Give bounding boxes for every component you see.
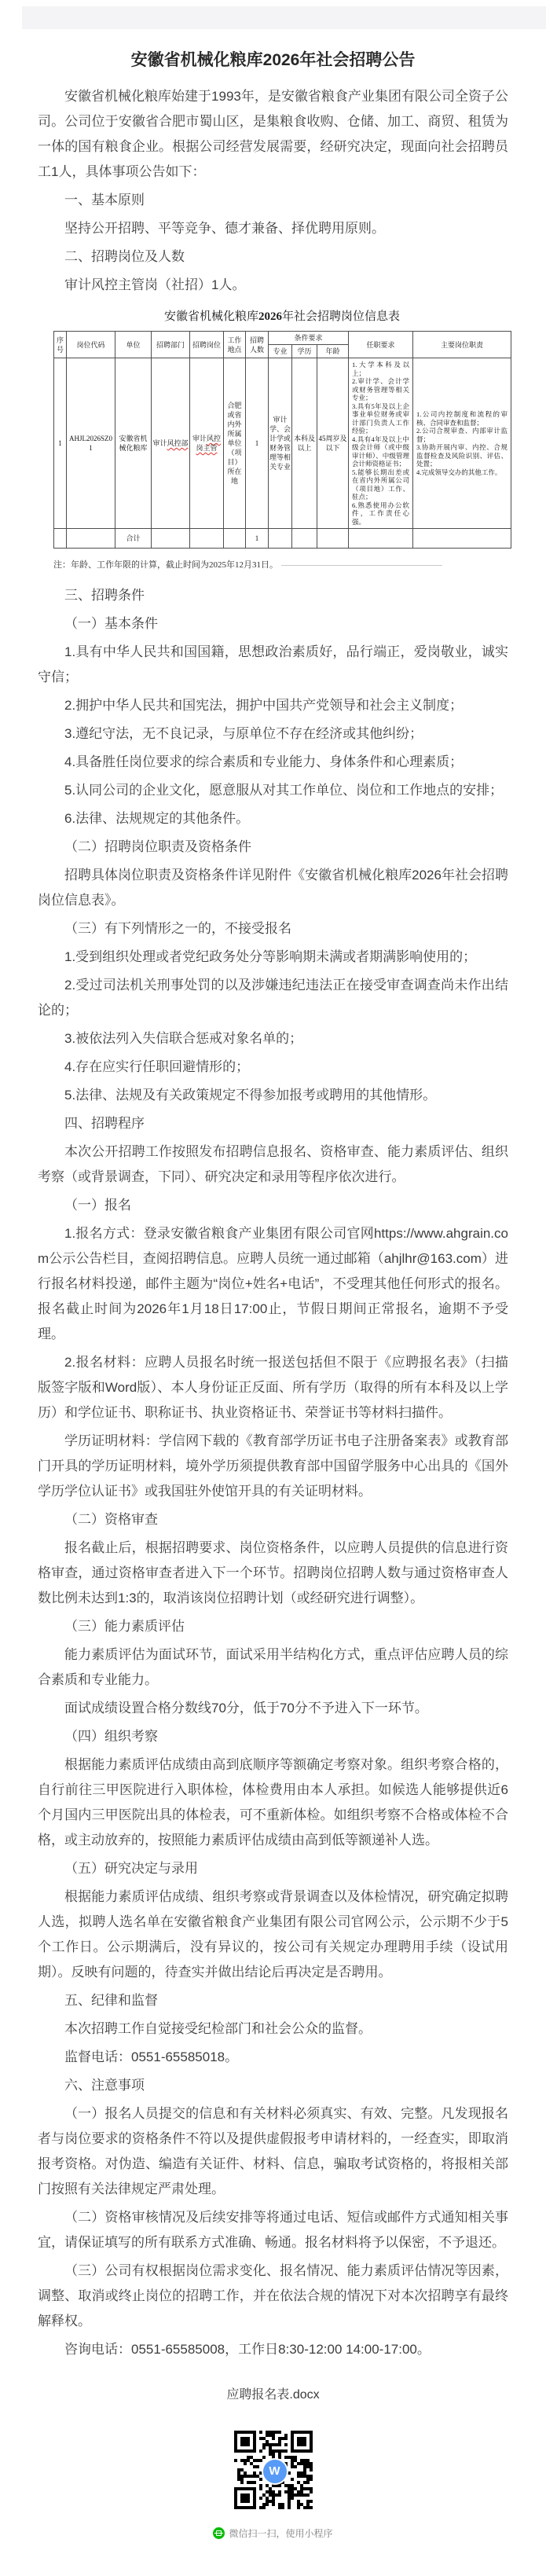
doc-paragraph: （四）组织考察 [38,1724,508,1749]
cell-location: 合肥或省内外所属单位（项目）所在地 [224,358,246,529]
doc-paragraph: 1.具有中华人民共和国国籍，思想政治素质好，品行端正，爱岗敬业，诚实守信； [38,640,508,690]
total-empty-age [317,529,349,549]
doc-paragraph: （三）有下列情形之一的，不接受报名 [38,916,508,941]
doc-paragraph: （三）能力素质评估 [38,1614,508,1639]
header-age: 年龄 [317,345,349,358]
total-empty-qualifications [349,529,413,549]
cell-dept: 审计风控部 [152,358,190,529]
doc-paragraph: 能力素质评估为面试环节，面试采用半结构化方式，重点评估应聘人员的综合素质和专业能… [38,1642,508,1693]
doc-paragraph: 六、注意事项 [38,2073,508,2098]
doc-paragraph: （五）研究决定与录用 [38,1856,508,1881]
header-post: 招聘岗位 [190,332,224,358]
table-title-suffix: 年社会招聘岗位信息表 [282,310,400,323]
table-title-year: 2026 [258,310,282,323]
doc-paragraph: 2.拥护中华人民共和国宪法，拥护中国共产党领导和社会主义制度； [38,693,508,718]
qr-caption-text: 微信扫一扫，使用小程序 [229,2526,332,2540]
doc-paragraph: 五、纪律和监督 [38,1988,508,2013]
doc-paragraph: （三）公司有权根据岗位需求变化、报名情况、能力素质评估情况等因素，调整、取消或终… [38,2259,508,2334]
doc-paragraph: 一、基本原则 [38,188,508,213]
total-empty-post [190,529,224,549]
table-note-text: 注：年龄、工作年限的计算，截止时间为2025年12月31日。 [53,560,278,570]
qr-caption: 微信扫一扫，使用小程序 [0,2526,546,2540]
cell-age: 45周岁及以下 [317,358,349,529]
doc-paragraph: 2.报名材料：应聘人员报名时统一报送包括但不限于《应聘报名表》（扫描版签字版和W… [38,1350,508,1426]
total-label: 合计 [115,529,152,549]
total-empty-location [224,529,246,549]
doc-paragraph: （一）报名人员提交的信息和有关材料必须真实、有效、完整。凡发现报名者与岗位要求的… [38,2101,508,2202]
mini-program-qr-code[interactable]: W [233,2420,314,2520]
cell-post-prefix: 审计 [192,435,207,442]
doc-paragraph: 安徽省机械化粮库始建于1993年，是安徽省粮食产业集团有限公司全资子公司。公司位… [38,84,508,185]
doc-paragraph: （二）资格审核情况及后续安排等将通过电话、短信或邮件方式通知相关事宜，请保证填写… [38,2205,508,2255]
doc-paragraph: 面试成绩设置合格分数线70分，低于70分不予进入下一环节。 [38,1696,508,1721]
doc-paragraph: 本次公开招聘工作按照发布招聘信息报名、资格审查、能力素质评估、组织考察（或背景调… [38,1139,508,1190]
total-empty-seq [54,529,67,549]
cell-code: AHJL2026SZ01 [67,358,115,529]
cell-duties: 1.公司内控制度和流程的审核、合同审查和监督； 2.公司合规审查、内部审计监督；… [413,358,511,529]
header-requirements-group: 条件要求 [269,332,349,345]
doc-paragraph: 坚持公开招聘、平等竞争、德才兼备、择优聘用原则。 [38,216,508,241]
table-header-row-1: 序号 岗位代码 单位 招聘部门 招聘岗位 工作地点 招聘人数 条件要求 任职要求… [54,332,511,345]
cell-major: 审计学、会计学或财务管理等相关专业 [269,358,292,529]
doc-paragraph: 3.被依法列入失信联合惩戒对象名单的； [38,1026,508,1051]
cell-dept-marked: 风控部 [167,439,189,447]
header-seq: 序号 [54,332,67,358]
doc-paragraph: 报名截止后，根据招聘要求、岗位资格条件，以应聘人员提供的信息进行资格审查，通过资… [38,1536,508,1611]
doc-paragraph: 二、招聘岗位及人数 [38,244,508,270]
doc-paragraph: （二）招聘岗位职责及资格条件 [38,835,508,860]
note-underline-artifact [281,564,442,566]
doc-paragraph: 根据能力素质评估成绩、组织考察或背景调查以及体检情况，研究确定拟聘人选，拟聘人选… [38,1884,508,1985]
cell-seq: 1 [54,358,67,529]
attachment-link[interactable]: 应聘报名表.docx [0,2384,546,2402]
doc-paragraph: 四、招聘程序 [38,1111,508,1136]
header-unit: 单位 [115,332,152,358]
header-code: 岗位代码 [67,332,115,358]
total-empty-education [292,529,317,549]
total-empty-dept [152,529,190,549]
header-location: 工作地点 [224,332,246,358]
doc-paragraph: 根据能力素质评估成绩由高到底顺序等额确定考察对象。组织考察合格的，自行前往三甲医… [38,1752,508,1853]
doc-paragraphs-before-table: 安徽省机械化粮库始建于1993年，是安徽省粮食产业集团有限公司全资子公司。公司位… [38,84,508,298]
doc-paragraph: 5.认同公司的企业文化，愿意服从对其工作单位、岗位和工作地点的安排； [38,778,508,803]
doc-paragraph: 招聘具体岗位职责及资格条件详见附件《安徽省机械化粮库2026年社会招聘岗位信息表… [38,863,508,913]
doc-paragraph: 三、招聘条件 [38,583,508,608]
cell-unit: 安徽省机械化粮库 [115,358,152,529]
wechat-scan-icon [213,2527,225,2539]
header-education: 学历 [292,345,317,358]
doc-paragraph: 学历证明材料：学信网下载的《教育部学历证书电子注册备案表》或教育部门开具的学历证… [38,1429,508,1504]
doc-paragraph: （一）基本条件 [38,611,508,637]
job-info-table-block: 安徽省机械化粮库2026年社会招聘岗位信息表 序号 岗位代码 单位 招聘部门 招… [53,307,511,571]
cell-education: 本科及以上 [292,358,317,529]
doc-paragraph: （二）资格审查 [38,1507,508,1532]
table-total-row: 合计 1 [54,529,511,549]
doc-paragraph: 5.法律、法规及有关政策规定不得参加报考或聘用的其他情形。 [38,1083,508,1108]
doc-paragraph: 2.受过司法机关刑事处罚的以及涉嫌违纪违法正在接受审查调查尚未作出结论的； [38,973,508,1023]
doc-paragraph: 本次招聘工作自觉接受纪检部门和社会公众的监督。 [38,2016,508,2042]
page-title: 安徽省机械化粮库2026年社会招聘公告 [31,50,515,72]
header-duties: 主要岗位职责 [413,332,511,358]
table-data-row: 1 AHJL2026SZ01 安徽省机械化粮库 审计风控部 审计风控岗主管 合肥… [54,358,511,529]
table-title-prefix: 安徽省机械化粮库 [164,310,258,323]
doc-paragraph: （一）报名 [38,1193,508,1218]
doc-paragraph: 4.具备胜任岗位要求的综合素质和专业能力、身体条件和心理素质； [38,750,508,775]
table-note: 注：年龄、工作年限的计算，截止时间为2025年12月31日。 [53,558,511,571]
total-count: 1 [246,529,269,549]
job-info-table: 序号 岗位代码 单位 招聘部门 招聘岗位 工作地点 招聘人数 条件要求 任职要求… [53,331,511,549]
cell-dept-prefix: 审计 [152,439,167,447]
cell-count: 1 [246,358,269,529]
table-title: 安徽省机械化粮库2026年社会招聘岗位信息表 [53,307,511,324]
qr-center-logo: W [262,2458,288,2485]
header-count: 招聘人数 [246,332,269,358]
bottom-whitespace [0,2540,546,2576]
cell-qualifications: 1.大学本科及以上； 2.审计学、会计学或财务管理等相关专业； 3.具有5年及以… [349,358,413,529]
cell-post: 审计风控岗主管 [190,358,224,529]
doc-paragraph: 3.遵纪守法，无不良记录，与原单位不存在经济或其他纠纷； [38,721,508,747]
total-empty-major [269,529,292,549]
doc-paragraph: 6.法律、法规规定的其他条件。 [38,806,508,831]
total-empty-duties [413,529,511,549]
doc-body: 安徽省机械化粮库始建于1993年，是安徽省粮食产业集团有限公司全资子公司。公司位… [0,84,546,2362]
doc-paragraph: 1.报名方式：登录安徽省粮食产业集团有限公司官网https://www.ahgr… [38,1221,508,1347]
header-major: 专业 [269,345,292,358]
header-qualifications: 任职要求 [349,332,413,358]
total-empty-code [67,529,115,549]
top-gray-bar [22,6,546,29]
doc-paragraph: 4.存在应实行任职回避情形的； [38,1055,508,1080]
doc-paragraph: 监督电话：0551-65585018。 [38,2045,508,2070]
header-dept: 招聘部门 [152,332,190,358]
doc-paragraph: 审计风控主管岗（社招）1人。 [38,273,508,298]
doc-paragraph: 咨询电话：0551-65585008，工作日8:30-12:00 14:00-1… [38,2337,508,2362]
announcement-page: 安徽省机械化粮库2026年社会招聘公告 安徽省机械化粮库始建于1993年，是安徽… [0,0,546,2576]
doc-paragraph: 1.受到组织处理或者党纪政务处分等影响期未满或者期满影响使用的； [38,945,508,970]
doc-paragraphs-after-table: 三、招聘条件（一）基本条件1.具有中华人民共和国国籍，思想政治素质好，品行端正，… [38,583,508,2362]
